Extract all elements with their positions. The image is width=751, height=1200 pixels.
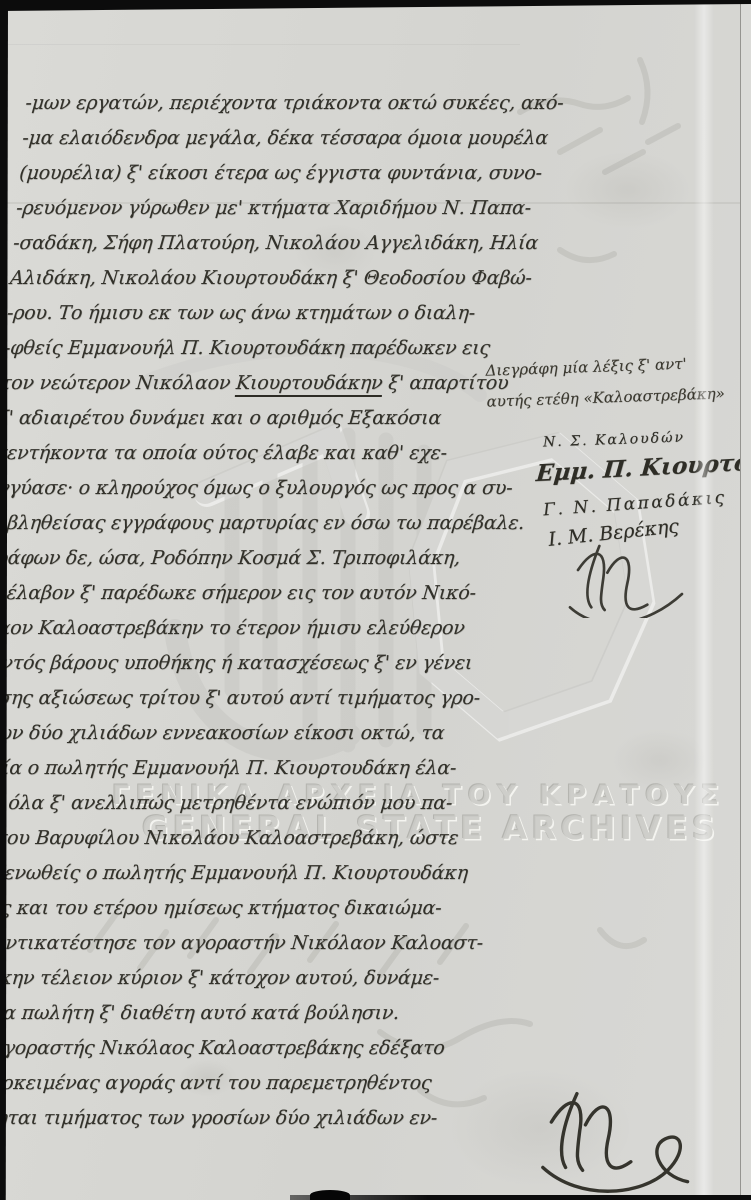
manuscript-line: -νον να πωλήτη ξ' διαθέτη αυτό κατά βούλ… [0, 996, 439, 1031]
manuscript-line: -ρεβάκην τέλειον κύριον ξ' κάτοχον αυτού… [0, 961, 442, 996]
manuscript-line: Ο δε αγοραστής Νικόλαος Καλοαστρεβάκης ε… [0, 1031, 436, 1066]
manuscript-line: Αλιδάκη, Νικολάου Κιουρτουδάκη ξ' Θεοδοσ… [9, 261, 504, 296]
scanned-manuscript-page: ΓΕΝΙΚΑ ΑΡΧΕΙΑ ΤΟΥ ΚΡΑΤΟΥΣ GENERAL STATE … [0, 0, 751, 1200]
manuscript-line: -μων εργατών, περιέχοντα τριάκοντα οκτώ … [24, 86, 519, 121]
manuscript-line: γράφων δε, ώσα, Ροδόπην Κοσμά Σ. Τριποφι… [0, 541, 479, 576]
horizontal-fold-line [0, 202, 751, 204]
manuscript-line: αυτός και του ετέρου ημίσεως κτήματος δι… [0, 891, 449, 926]
manuscript-line: -βεν όλα ξ' ανελλιπώς μετρηθέντα ενώπιόν… [0, 786, 458, 821]
manuscript-line: πάσης αξιώσεως τρίτου ξ' αυτού αντί τιμή… [0, 681, 467, 716]
manuscript-line: (μουρέλια) ξ' είκοσι έτερα ως έγγιστα φυ… [18, 156, 513, 191]
manuscript-line: ανέλαβον ξ' παρέδωκε σήμερον εις τον αυτ… [0, 576, 476, 611]
manuscript-line: οποία ο πωλητής Εμμανουήλ Π. Κιουρτουδάκ… [0, 751, 461, 786]
manuscript-line: αποξενωθείς ο πωλητής Εμμανουήλ Π. Κιουρ… [0, 856, 452, 891]
manuscript-line: -ρου. Το ήμισυ εκ των ως άνω κτημάτων ο … [6, 296, 501, 331]
manuscript-line: -γγύασε· ο κληρούχος όμως ο ξυλουργός ως… [0, 471, 485, 506]
manuscript-line: -λαον Καλοαστρεβάκην το έτερον ήμισυ ελε… [0, 611, 473, 646]
manuscript-line: ως είρηται τιμήματος των γροσίων δύο χιλ… [0, 1101, 430, 1136]
scanner-border-bottom [290, 1195, 751, 1200]
manuscript-line: -ρευόμενον γύρωθεν με' κτήματα Χαριδήμου… [15, 191, 510, 226]
manuscript-line: -τα, αντικατέστησε τον αγοραστήν Νικόλαο… [0, 926, 446, 961]
notary-monogram-mid [556, 538, 696, 618]
underlined-word: Κιουρτουδάκην [235, 372, 384, 397]
manuscript-line: -σίων δύο χιλιάδων εννεακοσίων είκοσι οκ… [0, 716, 464, 751]
manuscript-line: ξ' αδιαιρέτου δυνάμει και ο αριθμός Εξακ… [0, 401, 491, 436]
manuscript-line: -σαδάκη, Σήφη Πλατούρη, Νικολάου Αγγελιδ… [12, 226, 507, 261]
manuscript-line: πεντήκοντα τα οποία ούτος έλαβε και καθ'… [0, 436, 488, 471]
horizontal-fold-line-faint [0, 44, 520, 45]
manuscript-line: παντός βάρους υποθήκης ή κατασχέσεως ξ' … [0, 646, 470, 681]
vertical-fold-highlight [694, 0, 714, 1200]
manuscript-line: -μα ελαιόδενδρα μεγάλα, δέκα τέσσαρα όμο… [21, 121, 516, 156]
scanner-border-blob [310, 1190, 350, 1200]
manuscript-line: -φθείς Εμμανουήλ Π. Κιουρτουδάκη παρέδωκ… [3, 331, 498, 366]
manuscript-line: τον νεώτερον Νικόλαον Κιουρτουδάκην ξ' α… [0, 366, 495, 401]
page-right-edge [740, 0, 751, 1200]
manuscript-line: -μβληθείσας εγγράφους μαρτυρίας εν όσω τ… [0, 506, 482, 541]
manuscript-line: -ρά του Βαρυφίλου Νικολάου Καλοαστρεβάκη… [0, 821, 455, 856]
manuscript-line: τας προκειμένας αγοράς αντί του παρεμετρ… [0, 1066, 433, 1101]
